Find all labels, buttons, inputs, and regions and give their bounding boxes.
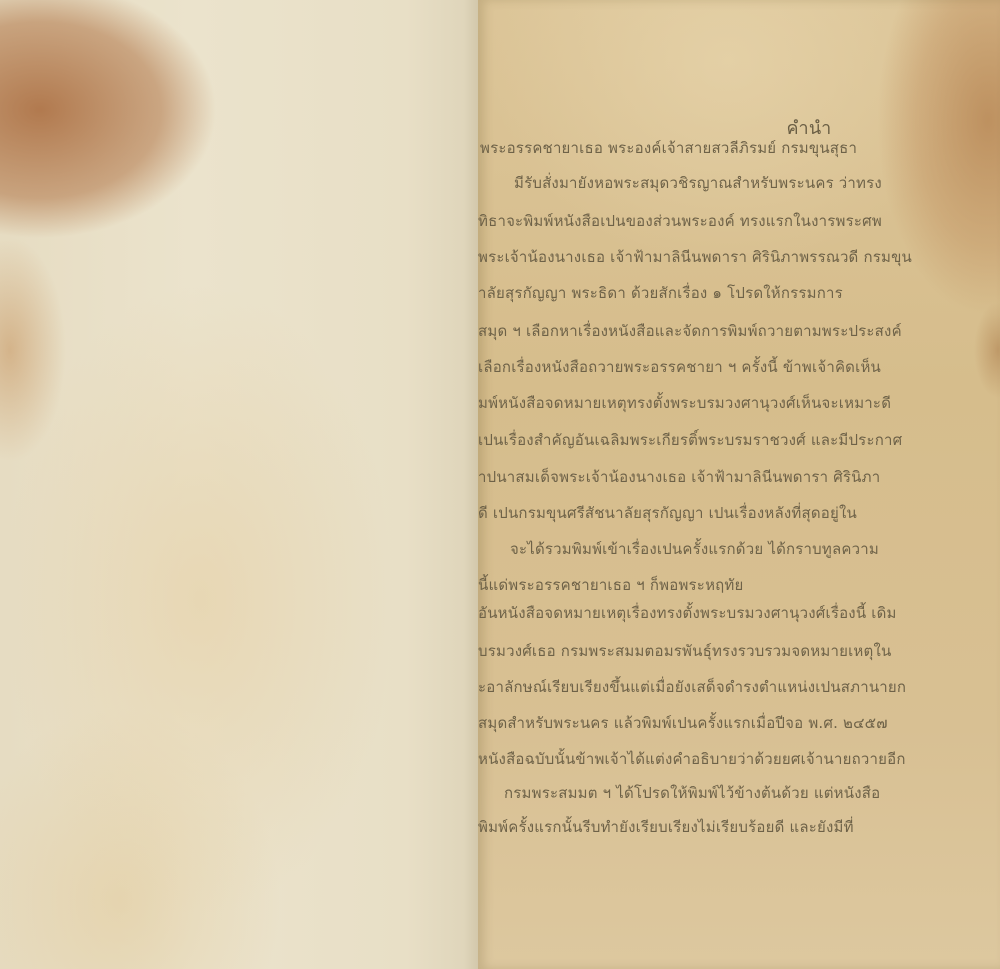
left-page-blank — [0, 0, 478, 969]
text-line: สมุดสำหรับพระนคร แล้วพิมพ์เปนครั้งแรกเมื… — [478, 716, 888, 731]
text-line: จะได้รวมพิมพ์เข้าเรื่องเปนครั้งแรกด้วย ไ… — [510, 542, 879, 557]
text-line: าลัยสุรกัญญา พระธิดา ด้วยสักเรื่อง ๑ โปร… — [478, 286, 843, 301]
text-line: พิมพ์ครั้งแรกนั้นรีบทำยังเรียบเรียงไม่เร… — [478, 820, 854, 835]
text-line: มพ์หนังสือจดหมายเหตุทรงตั้งพระบรมวงศานุว… — [478, 396, 891, 411]
text-line: สมุด ฯ เลือกหาเรื่องหนังสือและจัดการพิมพ… — [478, 324, 902, 339]
right-page: คำนำ พระอรรคชายาเธอ พระองค์เจ้าสายสวลีภิ… — [478, 0, 1000, 969]
text-line: พระอรรคชายาเธอ พระองค์เจ้าสายสวลีภิรมย์ … — [480, 141, 857, 156]
text-line: หนังสือฉบับนั้นข้าพเจ้าได้แต่งคำอธิบายว่… — [478, 752, 906, 767]
text-line: บรมวงศ์เธอ กรมพระสมมตอมรพันธุ์ทรงรวบรวมจ… — [478, 644, 891, 659]
text-line: อันหนังสือจดหมายเหตุเรื่องทรงตั้งพระบรมว… — [478, 606, 897, 621]
text-line: าปนาสมเด็จพระเจ้าน้องนางเธอ เจ้าฟ้ามาลิน… — [478, 470, 880, 485]
text-line: ดี เปนกรมขุนศรีสัชนาลัยสุรกัญญา เปนเรื่อ… — [478, 506, 857, 521]
text-line: มีรับสั่งมายังหอพระสมุดวชิรญาณสำหรับพระน… — [514, 176, 882, 191]
book-spread: คำนำ พระอรรคชายาเธอ พระองค์เจ้าสายสวลีภิ… — [0, 0, 1000, 969]
text-line: นี้แด่พระอรรคชายาเธอ ฯ ก็พอพระหฤทัย — [478, 578, 744, 593]
text-line: เลือกเรื่องหนังสือถวายพระอรรคชายา ฯ ครั้… — [478, 360, 881, 375]
text-line: ะอาลักษณ์เรียบเรียงขึ้นแต่เมื่อยังเสด็จด… — [478, 680, 906, 695]
text-line: ทิธาจะพิมพ์หนังสือเปนของส่วนพระองค์ ทรงแ… — [478, 214, 882, 229]
text-line: พระเจ้าน้องนางเธอ เจ้าฟ้ามาลินีนพดารา ศิ… — [478, 250, 912, 265]
page-heading: คำนำ — [478, 113, 1000, 142]
text-line: เปนเรื่องสำคัญอันเฉลิมพระเกียรติ์พระบรมร… — [478, 433, 902, 448]
page-text-block: คำนำ พระอรรคชายาเธอ พระองค์เจ้าสายสวลีภิ… — [478, 0, 1000, 969]
text-line: กรมพระสมมต ฯ ได้โปรดให้พิมพ์ไว้ข้างต้นด้… — [504, 786, 880, 801]
